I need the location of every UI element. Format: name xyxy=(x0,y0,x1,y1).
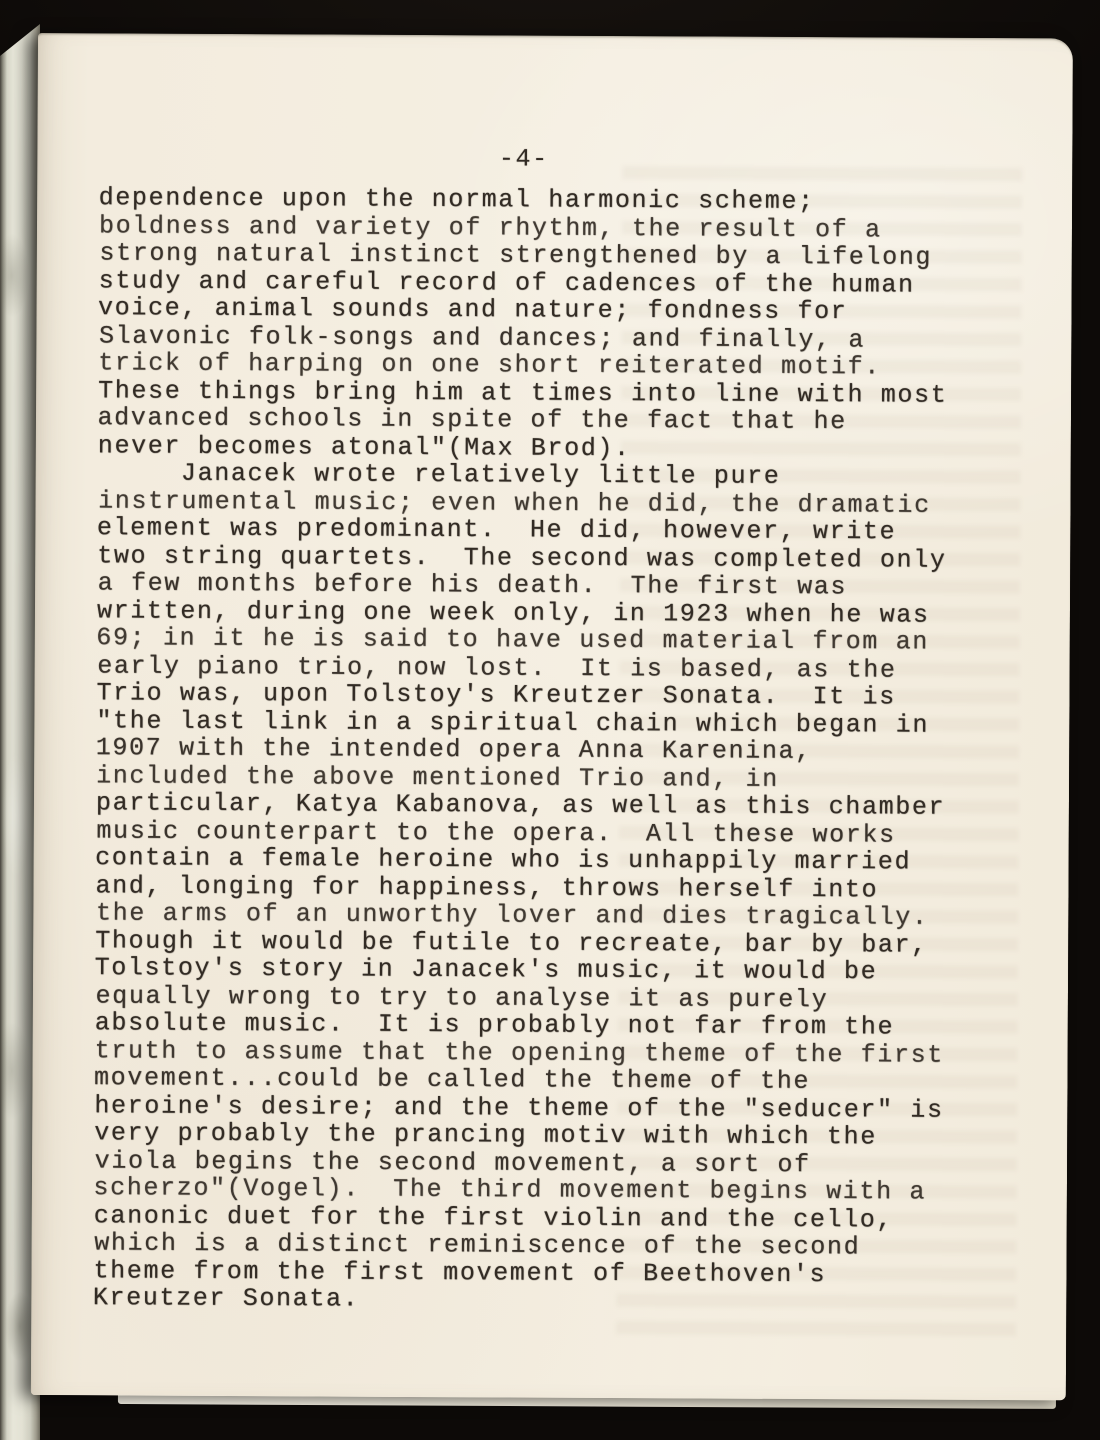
page-number: -4- xyxy=(99,142,948,175)
text-line: early piano trio, now lost. It is based,… xyxy=(97,652,997,684)
text-line: element was predominant. He did, however… xyxy=(97,514,997,546)
page-text: dependence upon the normal harmonic sche… xyxy=(93,184,999,1316)
text-line: advanced schools in spite of the fact th… xyxy=(97,404,997,436)
text-line: trick of harping on one short reiterated… xyxy=(98,349,998,381)
text-line: scherzo"(Vogel). The third movement begi… xyxy=(93,1174,993,1206)
text-line: contain a female heroine who is unhappil… xyxy=(95,844,995,876)
text-line: the arms of an unworthy lover and dies t… xyxy=(96,900,996,932)
text-line: which is a distinct reminiscence of the … xyxy=(94,1230,994,1262)
text-line: strong natural instinct strengthened by … xyxy=(99,240,999,272)
document-page: -4- dependence upon the normal harmonic … xyxy=(31,33,1073,1400)
text-line: equally wrong to try to analyse it as pu… xyxy=(95,982,995,1014)
text-line: movement...could be called the theme of … xyxy=(94,1064,994,1096)
text-line: Kreutzer Sonata. xyxy=(93,1284,993,1316)
scanned-document: -4- dependence upon the normal harmonic … xyxy=(0,0,1100,1440)
text-line: included the above mentioned Trio and, i… xyxy=(96,762,996,794)
text-line: a few months before his death. The first… xyxy=(98,570,998,602)
